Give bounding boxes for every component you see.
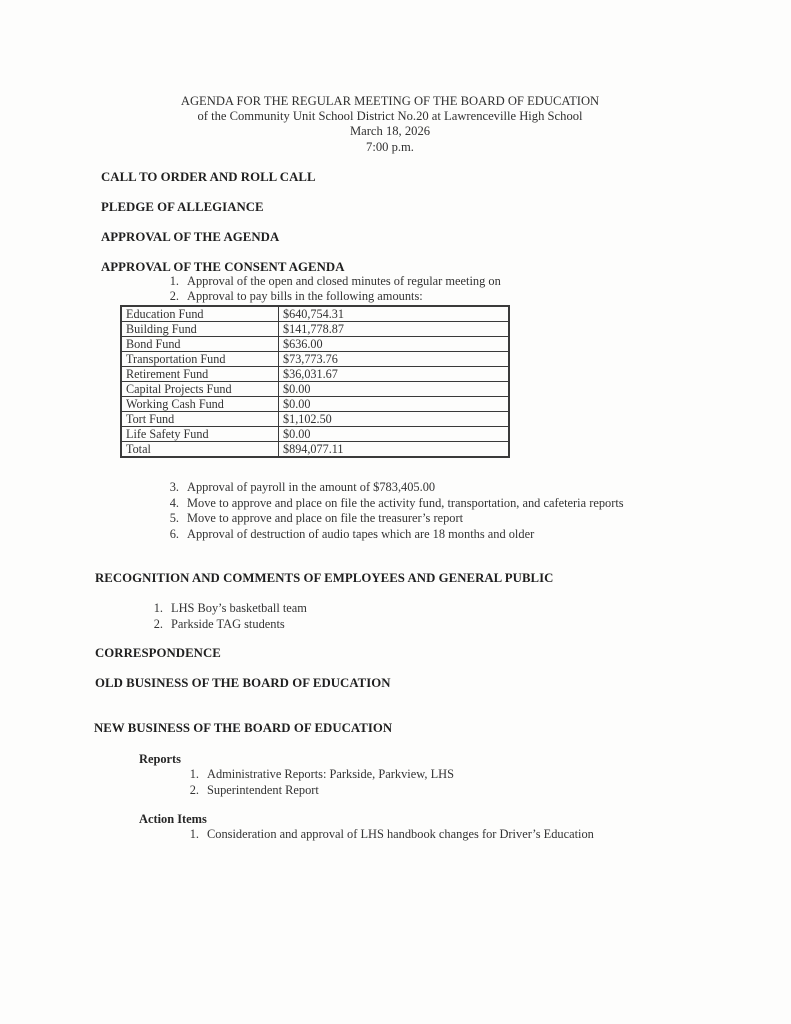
list-item: 4. Move to approve and place on file the… — [163, 496, 624, 512]
list-item: 1. Administrative Reports: Parkside, Par… — [183, 767, 454, 783]
table-row: Working Cash Fund$0.00 — [121, 397, 509, 412]
table-row: Bond Fund$636.00 — [121, 337, 509, 352]
fund-amount: $36,031.67 — [279, 367, 510, 382]
table-row: Capital Projects Fund$0.00 — [121, 382, 509, 397]
section-new-business: NEW BUSINESS OF THE BOARD OF EDUCATION — [94, 721, 392, 736]
list-item: 5. Move to approve and place on file the… — [163, 511, 624, 527]
reports-items: 1. Administrative Reports: Parkside, Par… — [183, 767, 454, 798]
section-correspondence: CORRESPONDENCE — [95, 646, 221, 661]
fund-amount: $141,778.87 — [279, 322, 510, 337]
fund-amount: $73,773.76 — [279, 352, 510, 367]
fund-name: Total — [121, 442, 279, 458]
fund-name: Life Safety Fund — [121, 427, 279, 442]
fund-name: Education Fund — [121, 306, 279, 322]
meeting-date: March 18, 2026 — [0, 124, 780, 139]
subsection-reports: Reports — [139, 752, 181, 767]
list-item: 1. Consideration and approval of LHS han… — [183, 827, 594, 843]
fund-name: Working Cash Fund — [121, 397, 279, 412]
list-item: 6. Approval of destruction of audio tape… — [163, 527, 624, 543]
fund-name: Capital Projects Fund — [121, 382, 279, 397]
fund-name: Retirement Fund — [121, 367, 279, 382]
fund-amount: $636.00 — [279, 337, 510, 352]
table-row: Tort Fund$1,102.50 — [121, 412, 509, 427]
table-row: Education Fund$640,754.31 — [121, 306, 509, 322]
consent-items-after-table: 3. Approval of payroll in the amount of … — [163, 480, 624, 542]
fund-name: Bond Fund — [121, 337, 279, 352]
fund-amount: $640,754.31 — [279, 306, 510, 322]
section-consent-agenda: APPROVAL OF THE CONSENT AGENDA — [101, 260, 345, 275]
fund-amount: $894,077.11 — [279, 442, 510, 458]
section-approval-agenda: APPROVAL OF THE AGENDA — [101, 230, 279, 245]
fund-amount: $1,102.50 — [279, 412, 510, 427]
fund-name: Transportation Fund — [121, 352, 279, 367]
subsection-action-items: Action Items — [139, 812, 207, 827]
list-item: 2. Approval to pay bills in the followin… — [163, 289, 501, 304]
agenda-subtitle: of the Community Unit School District No… — [0, 109, 780, 124]
fund-name: Tort Fund — [121, 412, 279, 427]
table-row: Building Fund$141,778.87 — [121, 322, 509, 337]
agenda-title: AGENDA FOR THE REGULAR MEETING OF THE BO… — [0, 94, 780, 109]
section-old-business: OLD BUSINESS OF THE BOARD OF EDUCATION — [95, 676, 391, 691]
funds-table: Education Fund$640,754.31Building Fund$1… — [120, 305, 510, 458]
section-call-to-order: CALL TO ORDER AND ROLL CALL — [101, 170, 316, 185]
document-header: AGENDA FOR THE REGULAR MEETING OF THE BO… — [0, 94, 780, 155]
action-items: 1. Consideration and approval of LHS han… — [183, 827, 594, 843]
list-item: 2. Parkside TAG students — [147, 617, 307, 633]
recognition-items: 1. LHS Boy’s basketball team 2. Parkside… — [147, 601, 307, 632]
fund-amount: $0.00 — [279, 397, 510, 412]
consent-items-before-table: 1. Approval of the open and closed minut… — [163, 274, 501, 304]
fund-name: Building Fund — [121, 322, 279, 337]
fund-amount: $0.00 — [279, 427, 510, 442]
fund-amount: $0.00 — [279, 382, 510, 397]
meeting-time: 7:00 p.m. — [0, 140, 780, 155]
section-pledge: PLEDGE OF ALLEGIANCE — [101, 200, 264, 215]
table-row: Life Safety Fund$0.00 — [121, 427, 509, 442]
list-item: 1. LHS Boy’s basketball team — [147, 601, 307, 617]
table-row: Retirement Fund$36,031.67 — [121, 367, 509, 382]
list-item: 2. Superintendent Report — [183, 783, 454, 799]
list-item: 1. Approval of the open and closed minut… — [163, 274, 501, 289]
section-recognition: RECOGNITION AND COMMENTS OF EMPLOYEES AN… — [95, 571, 553, 586]
table-row: Transportation Fund$73,773.76 — [121, 352, 509, 367]
table-row: Total$894,077.11 — [121, 442, 509, 458]
list-item: 3. Approval of payroll in the amount of … — [163, 480, 624, 496]
